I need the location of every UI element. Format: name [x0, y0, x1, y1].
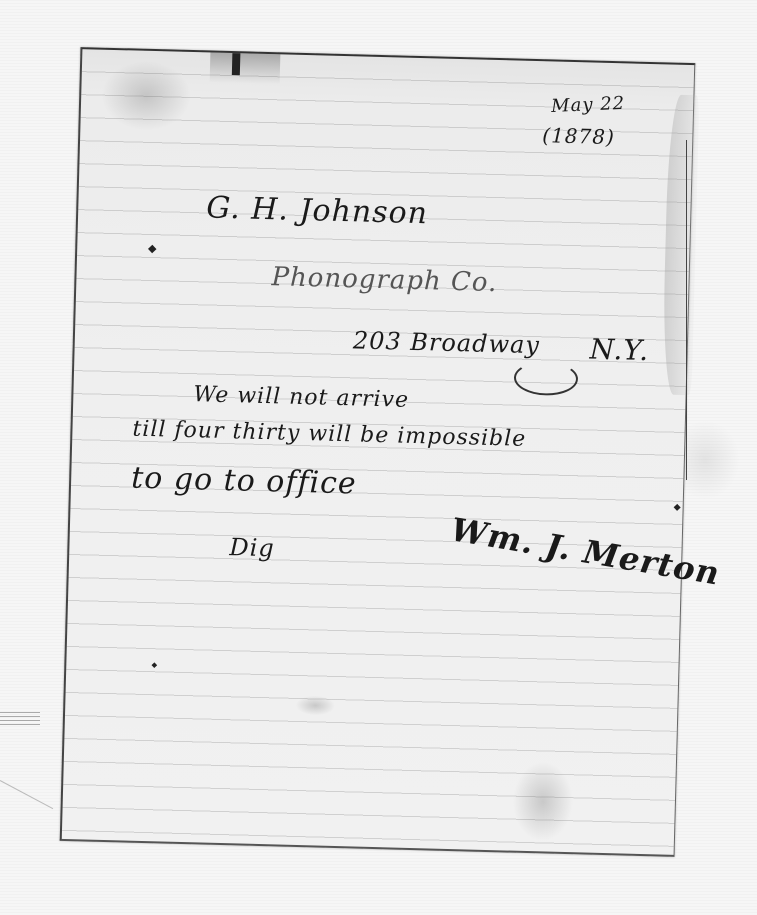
clip-mark	[232, 53, 241, 75]
ink-dot	[152, 662, 158, 668]
date-line-2: (1878)	[542, 123, 615, 149]
page-edge-line	[686, 140, 687, 480]
body-line-1: We will not arrive	[193, 382, 409, 413]
addressee-name: G. H. Johnson	[206, 190, 429, 231]
flourish	[514, 361, 579, 397]
letter-sheet: May 22 (1878) G. H. Johnson Phonograph C…	[60, 47, 696, 857]
clip-shadow	[210, 52, 281, 84]
smudge	[100, 60, 192, 132]
smudge	[512, 761, 574, 843]
addressee-company: Phonograph Co.	[271, 262, 498, 298]
body-line-3: to go to office	[131, 461, 357, 502]
addressee-city: N.Y.	[589, 333, 649, 368]
body-line-2: till four thirty will be impossible	[132, 417, 526, 452]
ink-dot	[148, 245, 156, 253]
addressee-street: 203 Broadway	[353, 326, 541, 359]
smudge	[295, 695, 336, 716]
date-line-1: May 22	[551, 93, 626, 117]
signature: Wm. J. Merton	[448, 510, 723, 592]
closing: Dig	[229, 533, 275, 562]
scan-margin-marks	[0, 712, 40, 726]
ink-dot	[674, 504, 681, 511]
